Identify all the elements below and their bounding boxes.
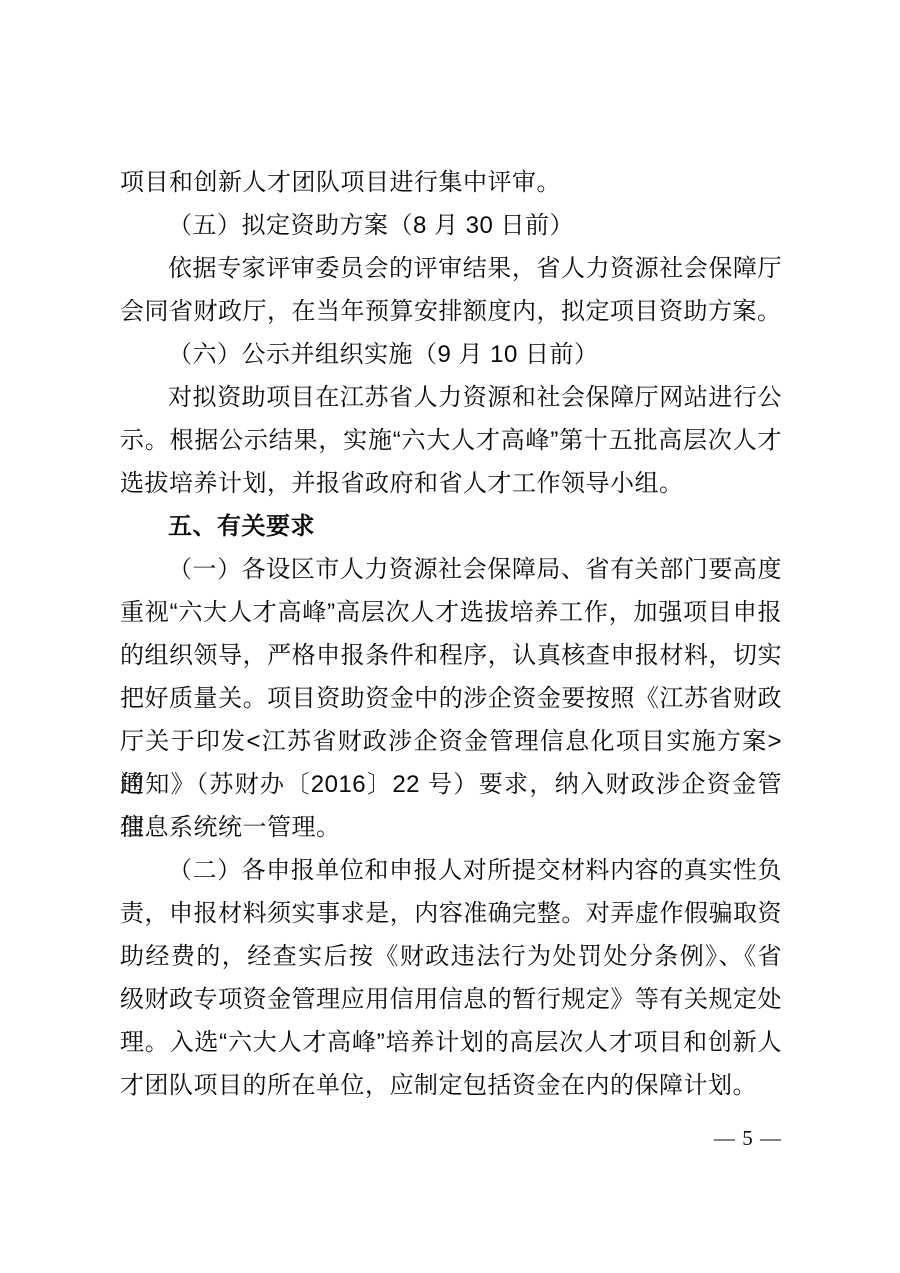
body-line: 厅关于印发<江苏省财政涉企资金管理信息化项目实施方案>的 <box>120 720 782 763</box>
body-line: 才团队项目的所在单位，应制定包括资金在内的保障计划。 <box>120 1064 782 1107</box>
body-line: 信息系统统一管理。 <box>120 806 782 849</box>
body-line: 示。根据公示结果，实施“六大人才高峰”第十五批高层次人才 <box>120 419 782 462</box>
document-body: 项目和创新人才团队项目进行集中评审。 （五）拟定资助方案（8 月 30 日前） … <box>120 161 782 1107</box>
body-line: 把好质量关。项目资助资金中的涉企资金要按照《江苏省财政 <box>120 677 782 720</box>
body-line: 依据专家评审委员会的评审结果，省人力资源社会保障厅 <box>120 247 782 290</box>
body-line: 理。入选“六大人才高峰”培养计划的高层次人才项目和创新人 <box>120 1021 782 1064</box>
subsection-heading: （五）拟定资助方案（8 月 30 日前） <box>120 204 782 247</box>
body-line: 级财政专项资金管理应用信用信息的暂行规定》等有关规定处 <box>120 978 782 1021</box>
body-line: 项目和创新人才团队项目进行集中评审。 <box>120 161 782 204</box>
page-number: — 5 — <box>714 1126 782 1150</box>
document-page: 项目和创新人才团队项目进行集中评审。 （五）拟定资助方案（8 月 30 日前） … <box>0 0 900 1273</box>
body-line: （二）各申报单位和申报人对所提交材料内容的真实性负 <box>120 849 782 892</box>
subsection-heading: （六）公示并组织实施（9 月 10 日前） <box>120 333 782 376</box>
body-line: 重视“六大人才高峰”高层次人才选拔培养工作，加强项目申报 <box>120 591 782 634</box>
section-heading: 五、有关要求 <box>120 505 782 548</box>
body-line: （一）各设区市人力资源社会保障局、省有关部门要高度 <box>120 548 782 591</box>
body-line: 助经费的，经查实后按《财政违法行为处罚处分条例》、《省 <box>120 935 782 978</box>
body-line: 会同省财政厅，在当年预算安排额度内，拟定项目资助方案。 <box>120 290 782 333</box>
body-line: 的组织领导，严格申报条件和程序，认真核查申报材料，切实 <box>120 634 782 677</box>
body-line: 责，申报材料须实事求是，内容准确完整。对弄虚作假骗取资 <box>120 892 782 935</box>
body-line: 通知》（苏财办〔2016〕22 号）要求，纳入财政涉企资金管理 <box>120 763 782 806</box>
body-line: 选拔培养计划，并报省政府和省人才工作领导小组。 <box>120 462 782 505</box>
body-line: 对拟资助项目在江苏省人力资源和社会保障厅网站进行公 <box>120 376 782 419</box>
